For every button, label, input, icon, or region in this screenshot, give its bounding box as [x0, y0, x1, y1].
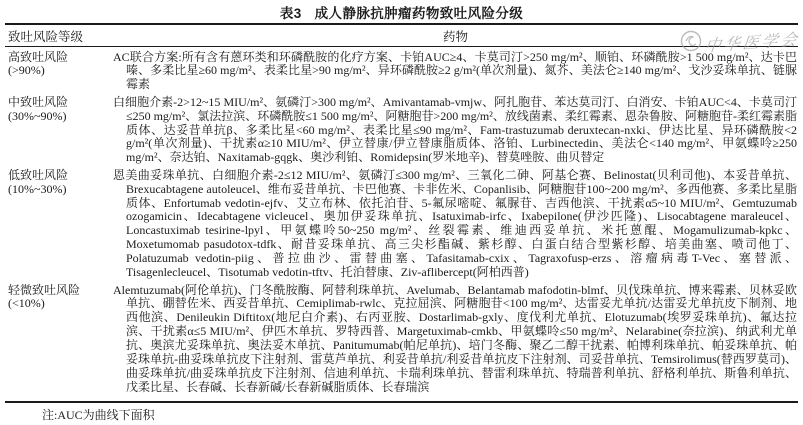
header-risk-level: 致吐风险等级: [5, 27, 113, 45]
journal-page: 表3成人静脉抗肿瘤药物致吐风险分级 中华医学会 致吐风险等级 药物 高致吐风险 …: [0, 0, 803, 425]
table-number: 表3: [280, 6, 302, 21]
table-footnote: 注:AUC为曲线下面积: [42, 406, 155, 423]
table-caption: 表3成人静脉抗肿瘤药物致吐风险分级: [0, 2, 803, 22]
header-drugs: 药物: [113, 27, 798, 45]
risk-level-label: 中致吐风险: [8, 96, 113, 110]
table-title: 成人静脉抗肿瘤药物致吐风险分级: [315, 6, 524, 21]
risk-level-cell: 低致吐风险 (10%~30%): [5, 169, 113, 197]
risk-range-label: (<10%): [8, 297, 113, 311]
risk-level-cell: 中致吐风险 (30%~90%): [5, 96, 113, 124]
drug-list-minimal-risk: Alemtuzumab(阿伦单抗)、门冬酰胺酶、阿替利珠单抗、Avelumab、…: [113, 284, 798, 395]
risk-level-label: 低致吐风险: [8, 169, 113, 183]
drug-list-high-risk: AC联合方案:所有含有蒽环类和环磷酰胺的化疗方案、卡铂AUC≥4、卡莫司汀>25…: [113, 51, 798, 93]
emetogenic-risk-table: 致吐风险等级 药物 高致吐风险 (>90%) AC联合方案:所有含有蒽环类和环磷…: [5, 23, 798, 403]
table-row-moderate-risk: 中致吐风险 (30%~90%) 白细胞介素-2>12~15 MIU/m²、氨磷汀…: [5, 92, 798, 165]
table-row-minimal-risk: 轻微致吐风险 (<10%) Alemtuzumab(阿伦单抗)、门冬酰胺酶、阿替…: [5, 280, 798, 395]
risk-level-cell: 轻微致吐风险 (<10%): [5, 284, 113, 312]
risk-level-label: 轻微致吐风险: [8, 284, 113, 298]
risk-range-label: (>90%): [8, 64, 113, 78]
risk-level-cell: 高致吐风险 (>90%): [5, 51, 113, 79]
drug-list-moderate-risk: 白细胞介素-2>12~15 MIU/m²、氨磷汀>300 mg/m²、Amiva…: [113, 96, 798, 166]
table-row-low-risk: 低致吐风险 (10%~30%) 恩美曲妥珠单抗、白细胞介素-2≤12 MIU/m…: [5, 165, 798, 280]
risk-range-label: (30%~90%): [8, 110, 113, 124]
drug-list-low-risk: 恩美曲妥珠单抗、白细胞介素-2≤12 MIU/m²、氨磷汀≤300 mg/m²、…: [113, 169, 798, 280]
table-row-high-risk: 高致吐风险 (>90%) AC联合方案:所有含有蒽环类和环磷酰胺的化疗方案、卡铂…: [5, 47, 798, 92]
risk-range-label: (10%~30%): [8, 183, 113, 197]
table-header-row: 致吐风险等级 药物: [5, 25, 798, 47]
risk-level-label: 高致吐风险: [8, 51, 113, 65]
